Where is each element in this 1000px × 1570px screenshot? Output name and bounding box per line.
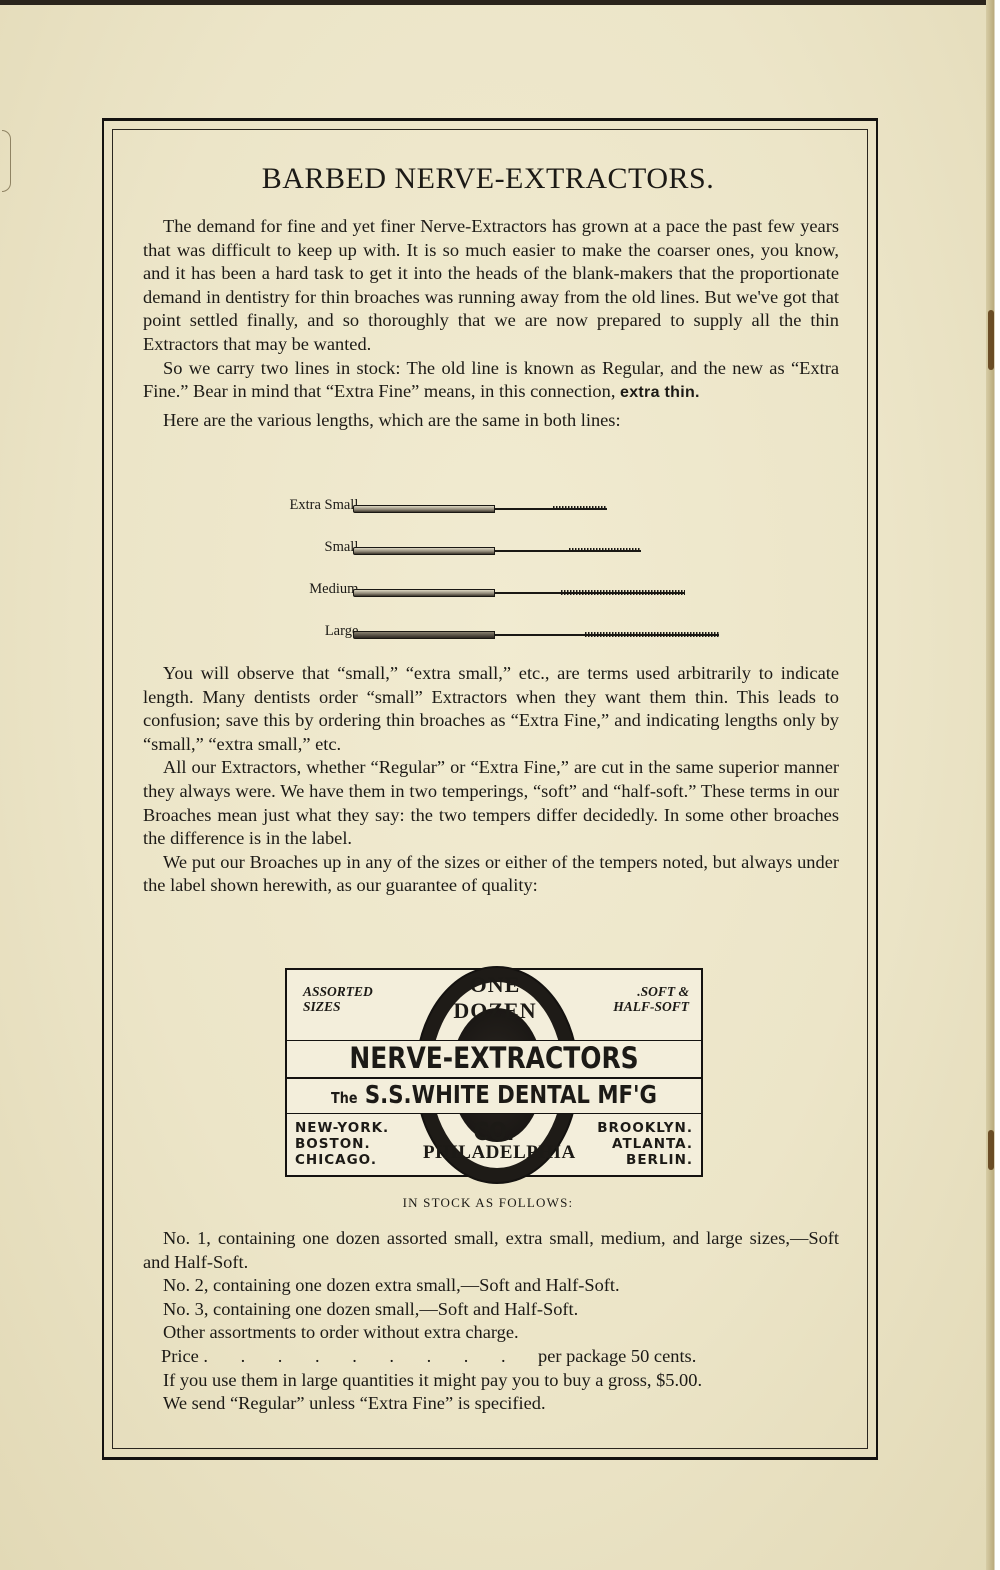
label-top-left: ASSORTED SIZES bbox=[303, 984, 373, 1014]
paragraph: So we carry two lines in stock: The old … bbox=[143, 357, 839, 405]
edge-stain bbox=[988, 1130, 994, 1170]
stock-item: Other assortments to order without extra… bbox=[143, 1321, 839, 1345]
city: NEW-YORK. bbox=[295, 1120, 389, 1136]
size-row-medium: Medium. bbox=[230, 579, 750, 621]
paragraph-text: So we carry two lines in stock: The old … bbox=[143, 358, 839, 402]
stock-list: No. 1, containing one dozen assorted sma… bbox=[143, 1227, 839, 1416]
edge-stain bbox=[988, 310, 994, 370]
label-line: HALF-SOFT bbox=[613, 999, 689, 1014]
label-line: ASSORTED bbox=[303, 984, 373, 999]
price-value: per package 50 cents. bbox=[538, 1346, 696, 1366]
stock-item: No. 1, containing one dozen assorted sma… bbox=[143, 1227, 839, 1274]
stock-item: No. 2, containing one dozen extra small,… bbox=[143, 1274, 839, 1298]
page-top-edge bbox=[0, 0, 1000, 5]
label-line: .SOFT & bbox=[613, 984, 689, 999]
paragraph: The demand for fine and yet finer Nerve-… bbox=[143, 215, 839, 357]
size-label: Extra Small. bbox=[290, 497, 363, 514]
city: BOSTON. bbox=[295, 1136, 389, 1152]
label-company: The S.S.WHITE DENTAL MF'G CO. bbox=[318, 1078, 670, 1112]
stock-item: No. 3, containing one dozen small,—Soft … bbox=[143, 1298, 839, 1322]
stock-heading: IN STOCK AS FOLLOWS: bbox=[0, 1195, 988, 1211]
size-row-small: Small. bbox=[230, 537, 750, 579]
label-line: SIZES bbox=[303, 999, 373, 1014]
city: CHICAGO. bbox=[295, 1152, 389, 1168]
page-title: BARBED NERVE-EXTRACTORS. bbox=[0, 162, 988, 196]
closing-line: If you use them in large quantities it m… bbox=[143, 1369, 839, 1393]
price-row: Price . . . . . . . . . . per package 50… bbox=[143, 1345, 839, 1369]
city: BERLIN. bbox=[597, 1152, 693, 1168]
scanned-page: BARBED NERVE-EXTRACTORS. The demand for … bbox=[0, 0, 1000, 1570]
broach-size-illustration: Extra Small. Small. Medium. Large. bbox=[230, 495, 750, 663]
paragraph: You will observe that “small,” “extra sm… bbox=[143, 662, 839, 756]
label-cities-right: BROOKLYN. ATLANTA. BERLIN. bbox=[597, 1120, 693, 1168]
paragraph: All our Extractors, whether “Regular” or… bbox=[143, 756, 839, 850]
city: BROOKLYN. bbox=[597, 1120, 693, 1136]
size-row-extra-small: Extra Small. bbox=[230, 495, 750, 537]
label-top-right: .SOFT & HALF-SOFT bbox=[613, 984, 689, 1014]
price-leader-dots: . . . . . . . . . . bbox=[203, 1345, 533, 1369]
body-text: You will observe that “small,” “extra sm… bbox=[143, 662, 839, 898]
paragraph: We put our Broaches up in any of the siz… bbox=[143, 851, 839, 898]
lengths-intro: Here are the various lengths, which are … bbox=[143, 409, 839, 433]
product-label-illustration: ONE DOZEN ASSORTED SIZES .SOFT & HALF-SO… bbox=[285, 968, 703, 1177]
intro-text: The demand for fine and yet finer Nerve-… bbox=[143, 215, 839, 432]
city: ATLANTA. bbox=[597, 1136, 693, 1152]
emphasis-text: extra thin. bbox=[620, 384, 700, 401]
size-row-large: Large. bbox=[230, 621, 750, 663]
closing-line: We send “Regular” unless “Extra Fine” is… bbox=[143, 1392, 839, 1416]
label-company-prefix: The bbox=[331, 1089, 357, 1107]
page-right-edge bbox=[986, 0, 1000, 1570]
price-label: Price bbox=[161, 1346, 199, 1366]
label-arc-top: ONE DOZEN bbox=[439, 972, 551, 1024]
label-main-title: NERVE-EXTRACTORS bbox=[316, 1040, 672, 1076]
label-cities-left: NEW-YORK. BOSTON. CHICAGO. bbox=[295, 1120, 389, 1168]
